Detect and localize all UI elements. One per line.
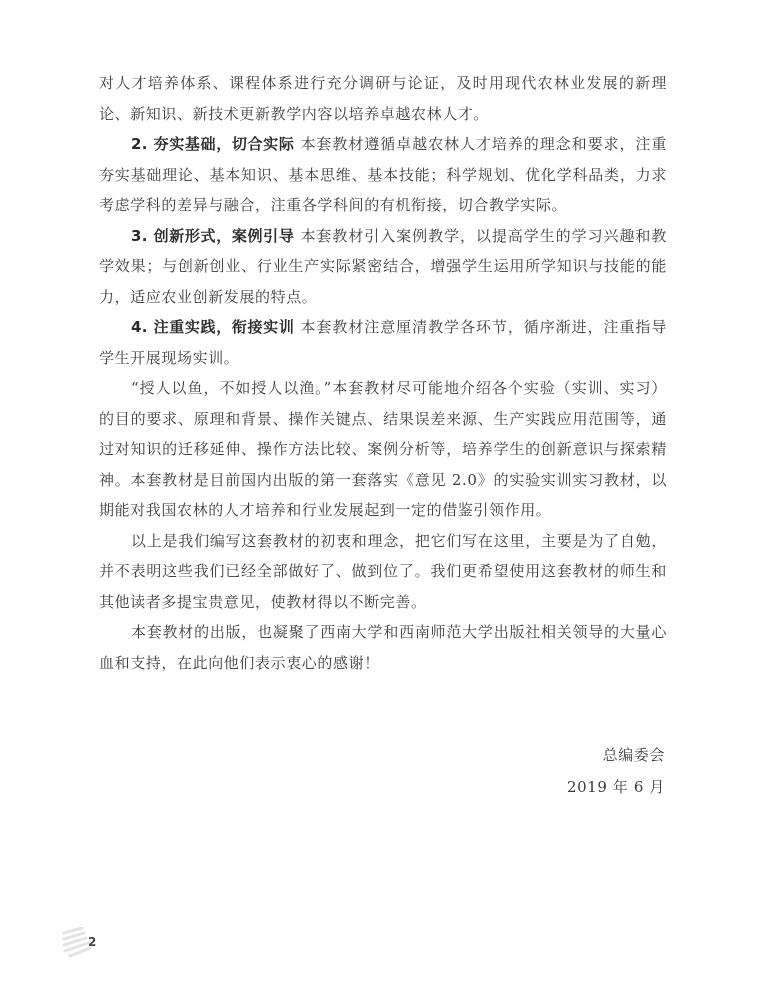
paragraph-1: 对人才培养体系、课程体系进行充分调研与论证，及时用现代农林业发展的新理论、新知识… [99, 68, 667, 129]
paragraph-heading: 2. 夯实基础，切合实际 [131, 135, 294, 153]
paragraph-2: 2. 夯实基础，切合实际本套教材遵循卓越农林人才培养的理念和要求，注重夯实基础理… [99, 129, 667, 221]
paragraph-text: 对人才培养体系、课程体系进行充分调研与论证，及时用现代农林业发展的新理论、新知识… [99, 74, 667, 123]
signature-date: 2019 年 6 月 [567, 776, 665, 797]
paragraph-7: 本套教材的出版，也凝聚了西南大学和西南师范大学出版社相关领导的大量心血和支持，在… [99, 617, 667, 678]
paragraph-heading: 3. 创新形式，案例引导 [131, 227, 294, 245]
paragraph-6: 以上是我们编写这套教材的初衷和理念，把它们写在这里，主要是为了自勉，并不表明这些… [99, 526, 667, 618]
page-number: 2 [88, 935, 96, 949]
paragraph-5: “授人以鱼，不如授人以渔。”本套教材尽可能地介绍各个实验（实训、实习）的目的要求… [99, 373, 667, 526]
paragraph-text: “授人以鱼，不如授人以渔。”本套教材尽可能地介绍各个实验（实训、实习）的目的要求… [99, 379, 667, 519]
paragraph-4: 4. 注重实践，衔接实训本套教材注意厘清教学各环节，循序渐进，注重指导学生开展现… [99, 312, 667, 373]
signature-organization: 总编委会 [603, 744, 665, 765]
paragraph-text: 以上是我们编写这套教材的初衷和理念，把它们写在这里，主要是为了自勉，并不表明这些… [99, 532, 667, 611]
paragraph-text: 本套教材的出版，也凝聚了西南大学和西南师范大学出版社相关领导的大量心血和支持，在… [99, 623, 667, 672]
paragraph-3: 3. 创新形式，案例引导本套教材引入案例教学，以提高学生的学习兴趣和教学效果；与… [99, 221, 667, 313]
paragraph-heading: 4. 注重实践，衔接实训 [131, 318, 294, 336]
document-body: 对人才培养体系、课程体系进行充分调研与论证，及时用现代农林业发展的新理论、新知识… [99, 68, 667, 678]
